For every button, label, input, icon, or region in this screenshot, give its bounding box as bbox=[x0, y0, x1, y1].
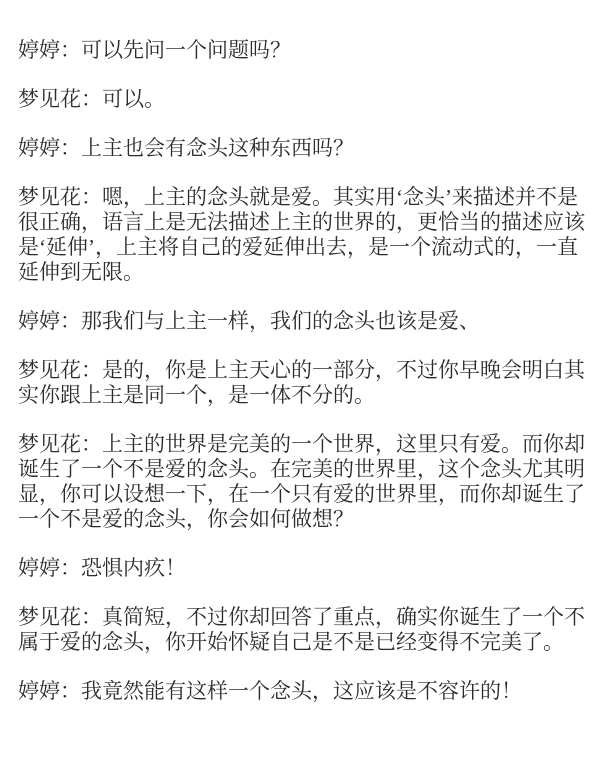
dialogue-paragraph: 婷婷：可以先问一个问题吗？ bbox=[18, 38, 587, 63]
dialogue-paragraph: 梦见花：真简短，不过你却回答了重点，确实你诞生了一个不 属于爱的念头，你开始怀疑… bbox=[18, 605, 587, 655]
dialogue-paragraph: 婷婷：我竟然能有这样一个念头，这应该是不容许的！ bbox=[18, 679, 587, 704]
dialogue-paragraph: 梦见花：可以。 bbox=[18, 87, 587, 112]
dialogue-text-block: 婷婷：可以先问一个问题吗？ 梦见花：可以。 婷婷：上主也会有念头这种东西吗？ 梦… bbox=[18, 38, 587, 704]
document-page: 婷婷：可以先问一个问题吗？ 梦见花：可以。 婷婷：上主也会有念头这种东西吗？ 梦… bbox=[0, 0, 607, 779]
dialogue-paragraph: 梦见花：是的，你是上主天心的一部分，不过你早晚会明白其 实你跟上主是同一个，是一… bbox=[18, 358, 587, 408]
dialogue-paragraph: 婷婷：那我们与上主一样，我们的念头也该是爱、 bbox=[18, 309, 587, 334]
dialogue-paragraph: 梦见花：上主的世界是完美的一个世界，这里只有爱。而你却 诞生了一个不是爱的念头。… bbox=[18, 432, 587, 532]
dialogue-paragraph: 婷婷：上主也会有念头这种东西吗？ bbox=[18, 136, 587, 161]
dialogue-paragraph: 梦见花：嗯，上主的念头就是爱。其实用‘念头’来描述并不是 很正确，语言上是无法描… bbox=[18, 185, 587, 285]
dialogue-paragraph: 婷婷：恐惧内疚！ bbox=[18, 556, 587, 581]
